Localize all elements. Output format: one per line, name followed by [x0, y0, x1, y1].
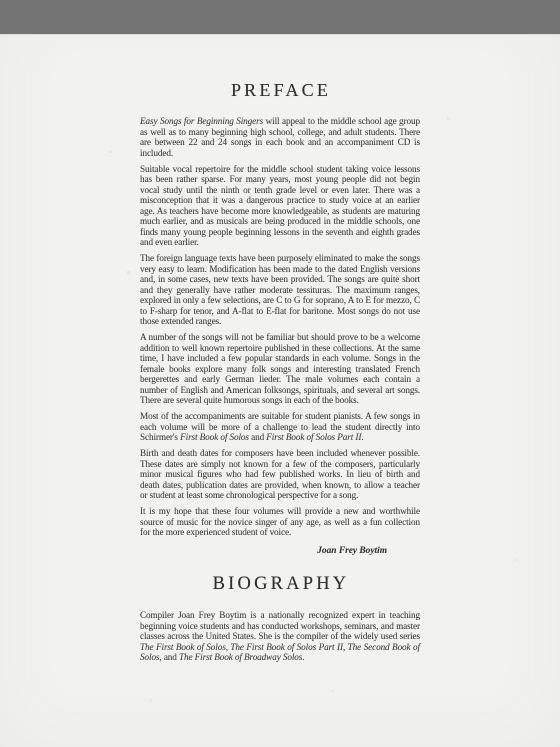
text-run: .	[302, 652, 304, 662]
text-run: .	[361, 432, 363, 442]
preface-paragraph-6: Birth and death dates for composers have…	[140, 448, 420, 501]
author-signature: Joan Frey Boytim	[140, 546, 420, 556]
book-title-italic: First Book of Solos Part II	[266, 432, 361, 442]
text-run: and	[249, 432, 266, 442]
preface-paragraph-1: Easy Songs for Beginning Singers will ap…	[140, 116, 420, 158]
biography-paragraph: Compiler Joan Frey Boytim is a nationall…	[140, 610, 420, 663]
preface-paragraph-2: Suitable vocal repertoire for the middle…	[140, 164, 420, 248]
scan-speckles	[0, 0, 1, 1]
preface-paragraph-5: Most of the accompaniments are suitable …	[140, 411, 420, 443]
text-run: , and	[159, 652, 179, 662]
preface-paragraph-3: The foreign language texts have been pur…	[140, 253, 420, 327]
preface-title: PREFACE	[142, 81, 420, 99]
book-title-italic: The First Book of Broadway Solos	[179, 652, 302, 662]
book-title-italic: The First Book of Solos	[140, 642, 226, 652]
preface-paragraph-7: It is my hope that these four volumes wi…	[140, 506, 420, 538]
series-title-italic: Easy Songs for Beginning Singers	[140, 116, 263, 126]
scanned-page: PREFACE Easy Songs for Beginning Singers…	[0, 0, 560, 747]
book-title-italic: First Book of Solos	[180, 432, 249, 442]
page-content: PREFACE Easy Songs for Beginning Singers…	[140, 81, 420, 663]
book-title-italic: The First Book of Solos Part II	[230, 642, 343, 652]
preface-paragraph-4: A number of the songs will not be famili…	[140, 332, 420, 406]
text-run: Compiler Joan Frey Boytim is a nationall…	[140, 610, 420, 641]
scan-top-edge	[0, 0, 560, 35]
biography-title: BIOGRAPHY	[142, 575, 420, 594]
